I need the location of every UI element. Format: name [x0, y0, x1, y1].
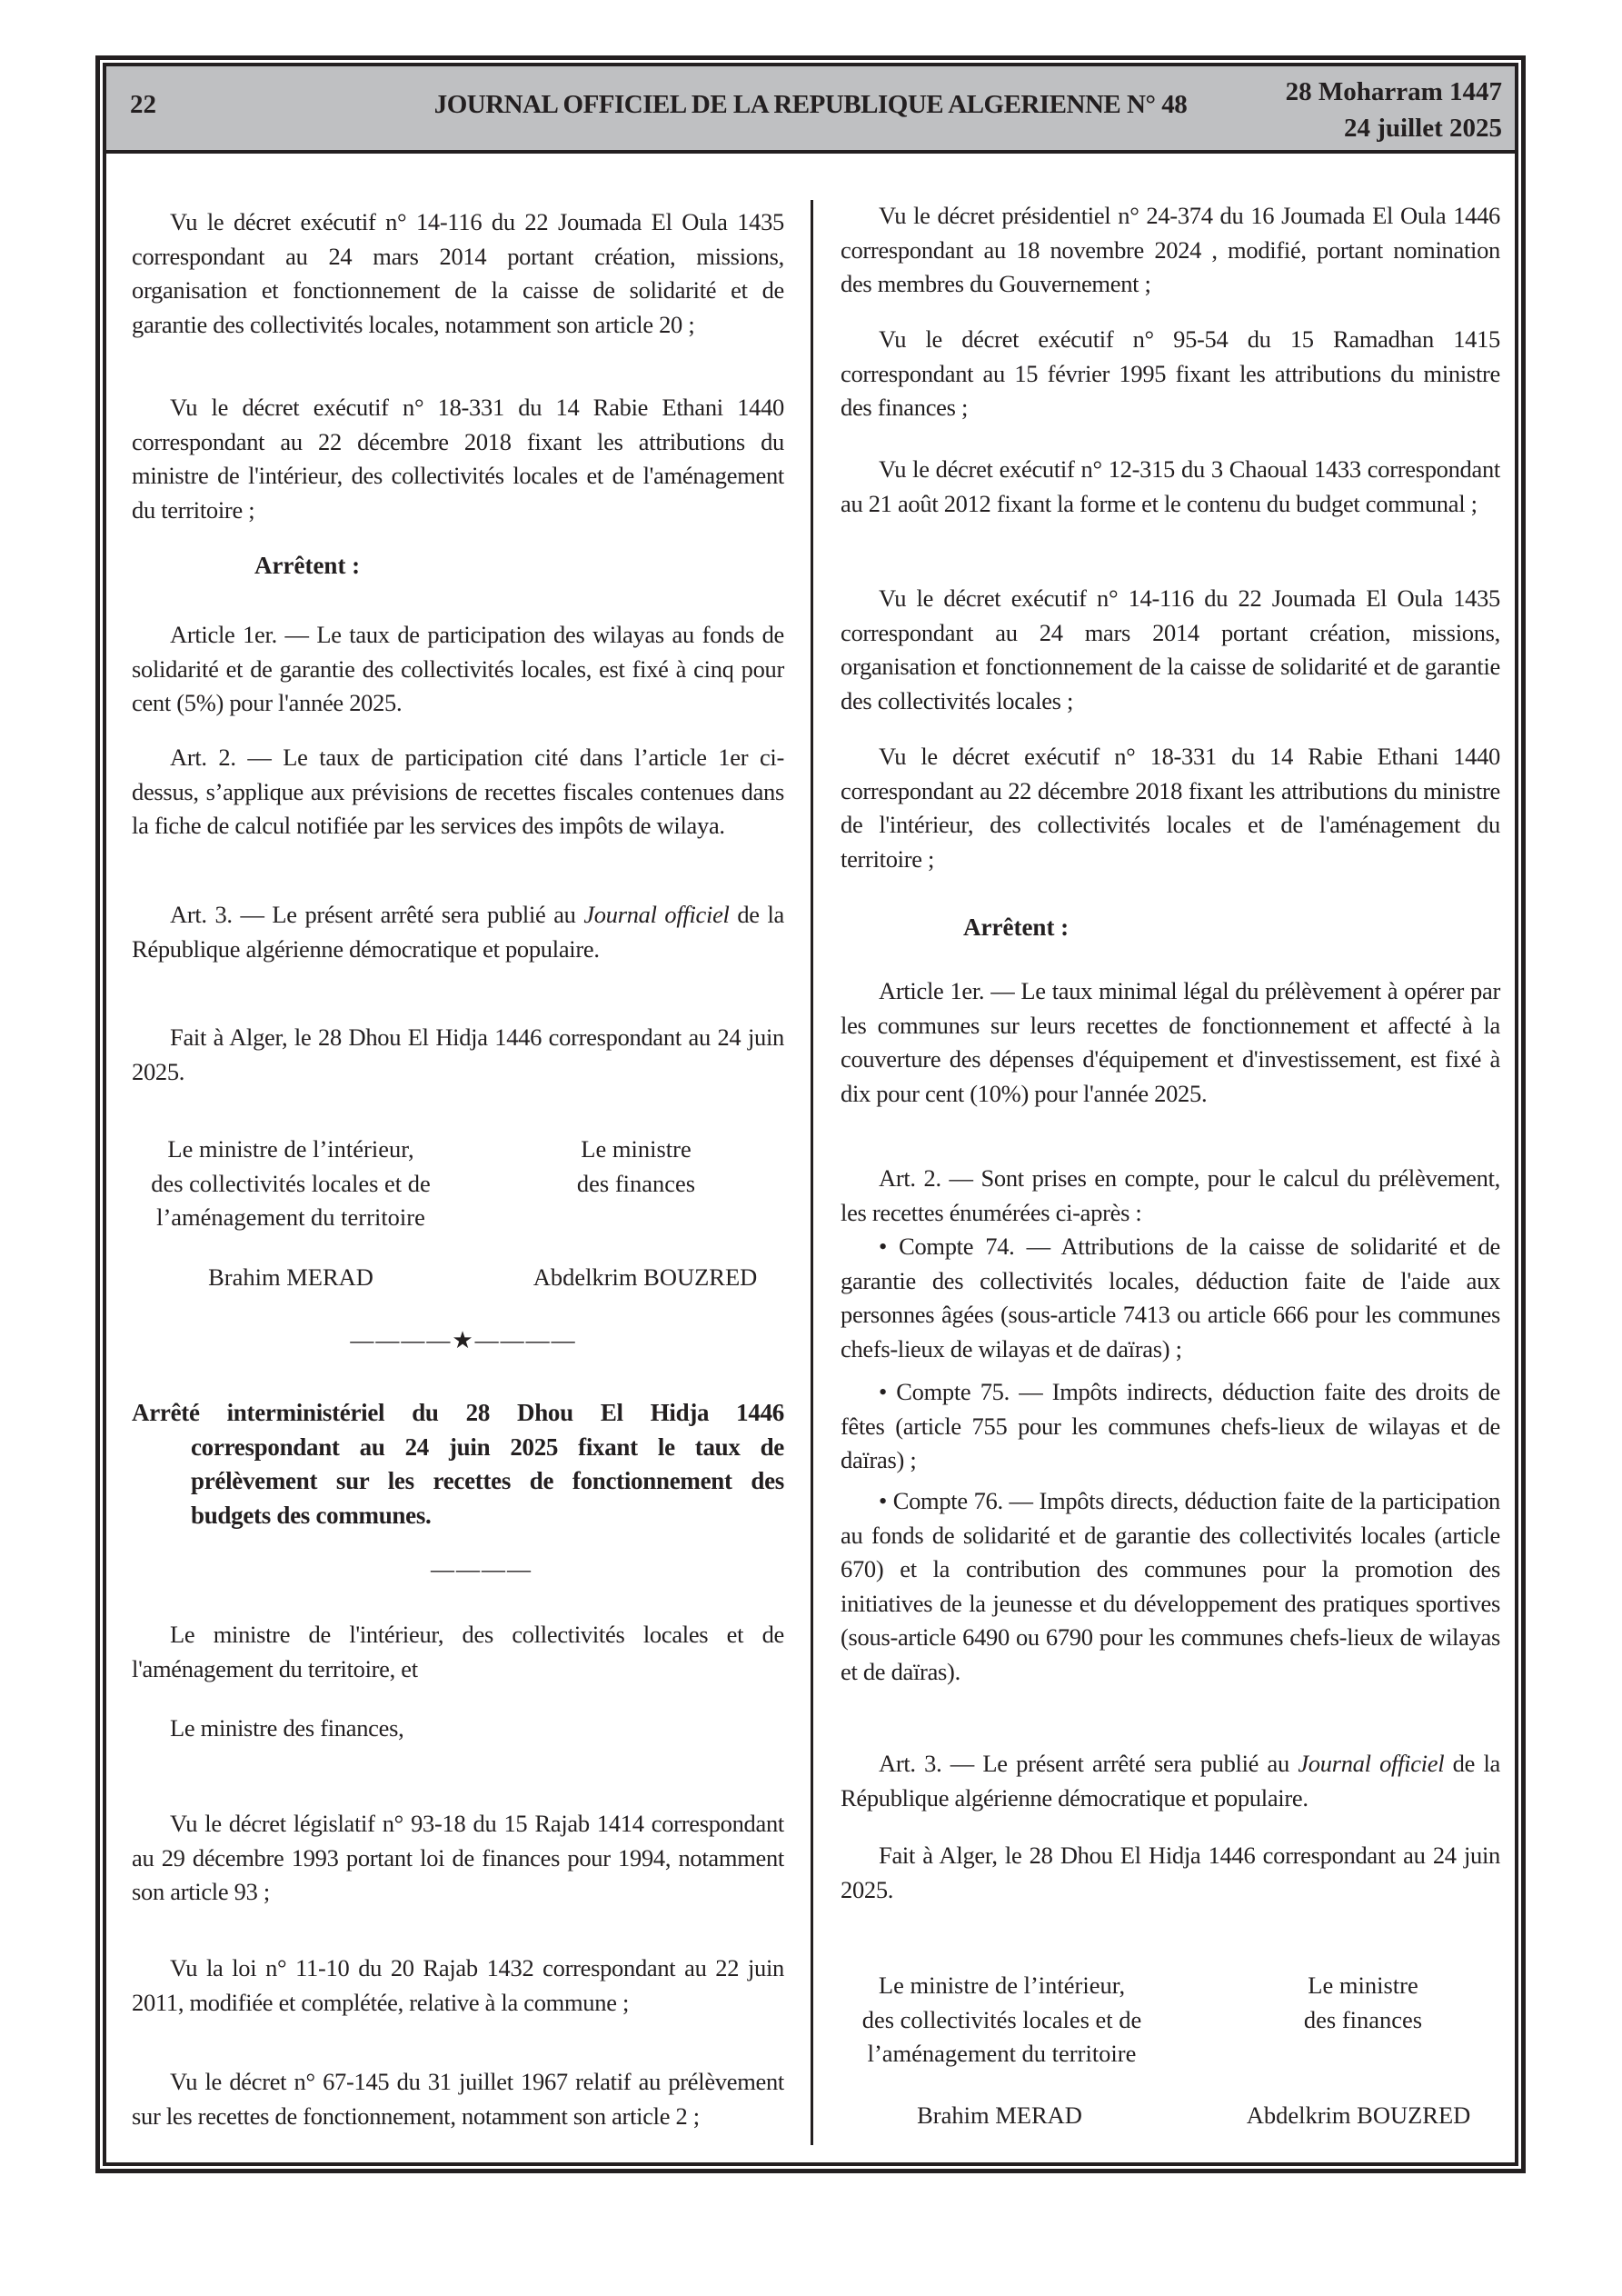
signatory-finance-right: Abdelkrim BOUZRED [1199, 2101, 1518, 2130]
paragraph-vu-24-374: Vu le décret présidentiel n° 24-374 du 1… [841, 199, 1500, 302]
article-1-right: Article 1er. — Le taux minimal légal du … [841, 974, 1500, 1111]
article-3: Art. 3. — Le présent arrêté sera publié … [132, 898, 784, 966]
paragraph-vu-93-18: Vu le décret législatif n° 93-18 du 15 R… [132, 1807, 784, 1910]
date-gregorian: 24 juillet 2025 [1286, 110, 1502, 146]
fait-a-alger: Fait à Alger, le 28 Dhou El Hidja 1446 c… [132, 1021, 784, 1089]
signatory-finance: Abdelkrim BOUZRED [491, 1263, 800, 1292]
journal-officiel-italic: Journal officiel [1298, 1750, 1444, 1777]
column-divider [811, 200, 813, 2145]
short-divider: ———— [409, 1556, 554, 1583]
date-hijri: 28 Moharram 1447 [1286, 74, 1502, 110]
paragraph-minister-finance: Le ministre des finances, [132, 1712, 784, 1746]
page-header: 22 JOURNAL OFFICIEL DE LA REPUBLIQUE ALG… [106, 66, 1515, 154]
paragraph-vu-loi-11-10: Vu la loi n° 11-10 du 20 Rajab 1432 corr… [132, 1952, 784, 2020]
paragraph-vu-18-331: Vu le décret exécutif n° 18-331 du 14 Ra… [132, 391, 784, 527]
compte-76: • Compte 76. — Impôts directs, déduction… [841, 1484, 1500, 1690]
arretent-heading: Arrêtent : [254, 552, 360, 580]
article-3-right: Art. 3. — Le présent arrêté sera publié … [841, 1747, 1500, 1815]
paragraph-vu-67-145: Vu le décret n° 67-145 du 31 juillet 196… [132, 2065, 784, 2133]
paragraph-minister-interior: Le ministre de l'intérieur, des collecti… [132, 1618, 784, 1686]
fait-a-alger-right: Fait à Alger, le 28 Dhou El Hidja 1446 c… [841, 1839, 1500, 1907]
arretent-heading-right: Arrêtent : [963, 913, 1069, 942]
signature-title-finance: Le ministre des finances [509, 1133, 763, 1201]
signature-title-finance-right: Le ministre des finances [1236, 1969, 1490, 2037]
paragraph-vu-12-315: Vu le décret exécutif n° 12-315 du 3 Cha… [841, 453, 1500, 521]
signatory-interior: Brahim MERAD [145, 1263, 436, 1292]
paragraph-vu-14-116-right: Vu le décret exécutif n° 14-116 du 22 Jo… [841, 582, 1500, 718]
compte-75: • Compte 75. — Impôts indirects, déducti… [841, 1375, 1500, 1478]
article-2-right: Art. 2. — Sont prises en compte, pour le… [841, 1162, 1500, 1230]
article-1: Article 1er. — Le taux de participation … [132, 618, 784, 721]
signature-title-interior: Le ministre de l’intérieur, des collecti… [127, 1133, 454, 1235]
paragraph-vu-18-331-right: Vu le décret exécutif n° 18-331 du 14 Ra… [841, 740, 1500, 876]
signature-title-interior-right: Le ministre de l’intérieur, des collecti… [836, 1969, 1168, 2071]
journal-officiel-italic: Journal officiel [583, 901, 729, 928]
star-divider: ————★———— [345, 1327, 582, 1354]
paragraph-vu-95-54: Vu le décret exécutif n° 95-54 du 15 Ram… [841, 323, 1500, 425]
signatory-interior-right: Brahim MERAD [854, 2101, 1145, 2130]
paragraph-vu-14-116: Vu le décret exécutif n° 14-116 du 22 Jo… [132, 205, 784, 342]
compte-74: • Compte 74. — Attributions de la caisse… [841, 1230, 1500, 1366]
decree-title: Arrêté interministériel du 28 Dhou El Hi… [132, 1396, 784, 1532]
issue-date: 28 Moharram 1447 24 juillet 2025 [1286, 74, 1502, 146]
article-2: Art. 2. — Le taux de participation cité … [132, 741, 784, 844]
